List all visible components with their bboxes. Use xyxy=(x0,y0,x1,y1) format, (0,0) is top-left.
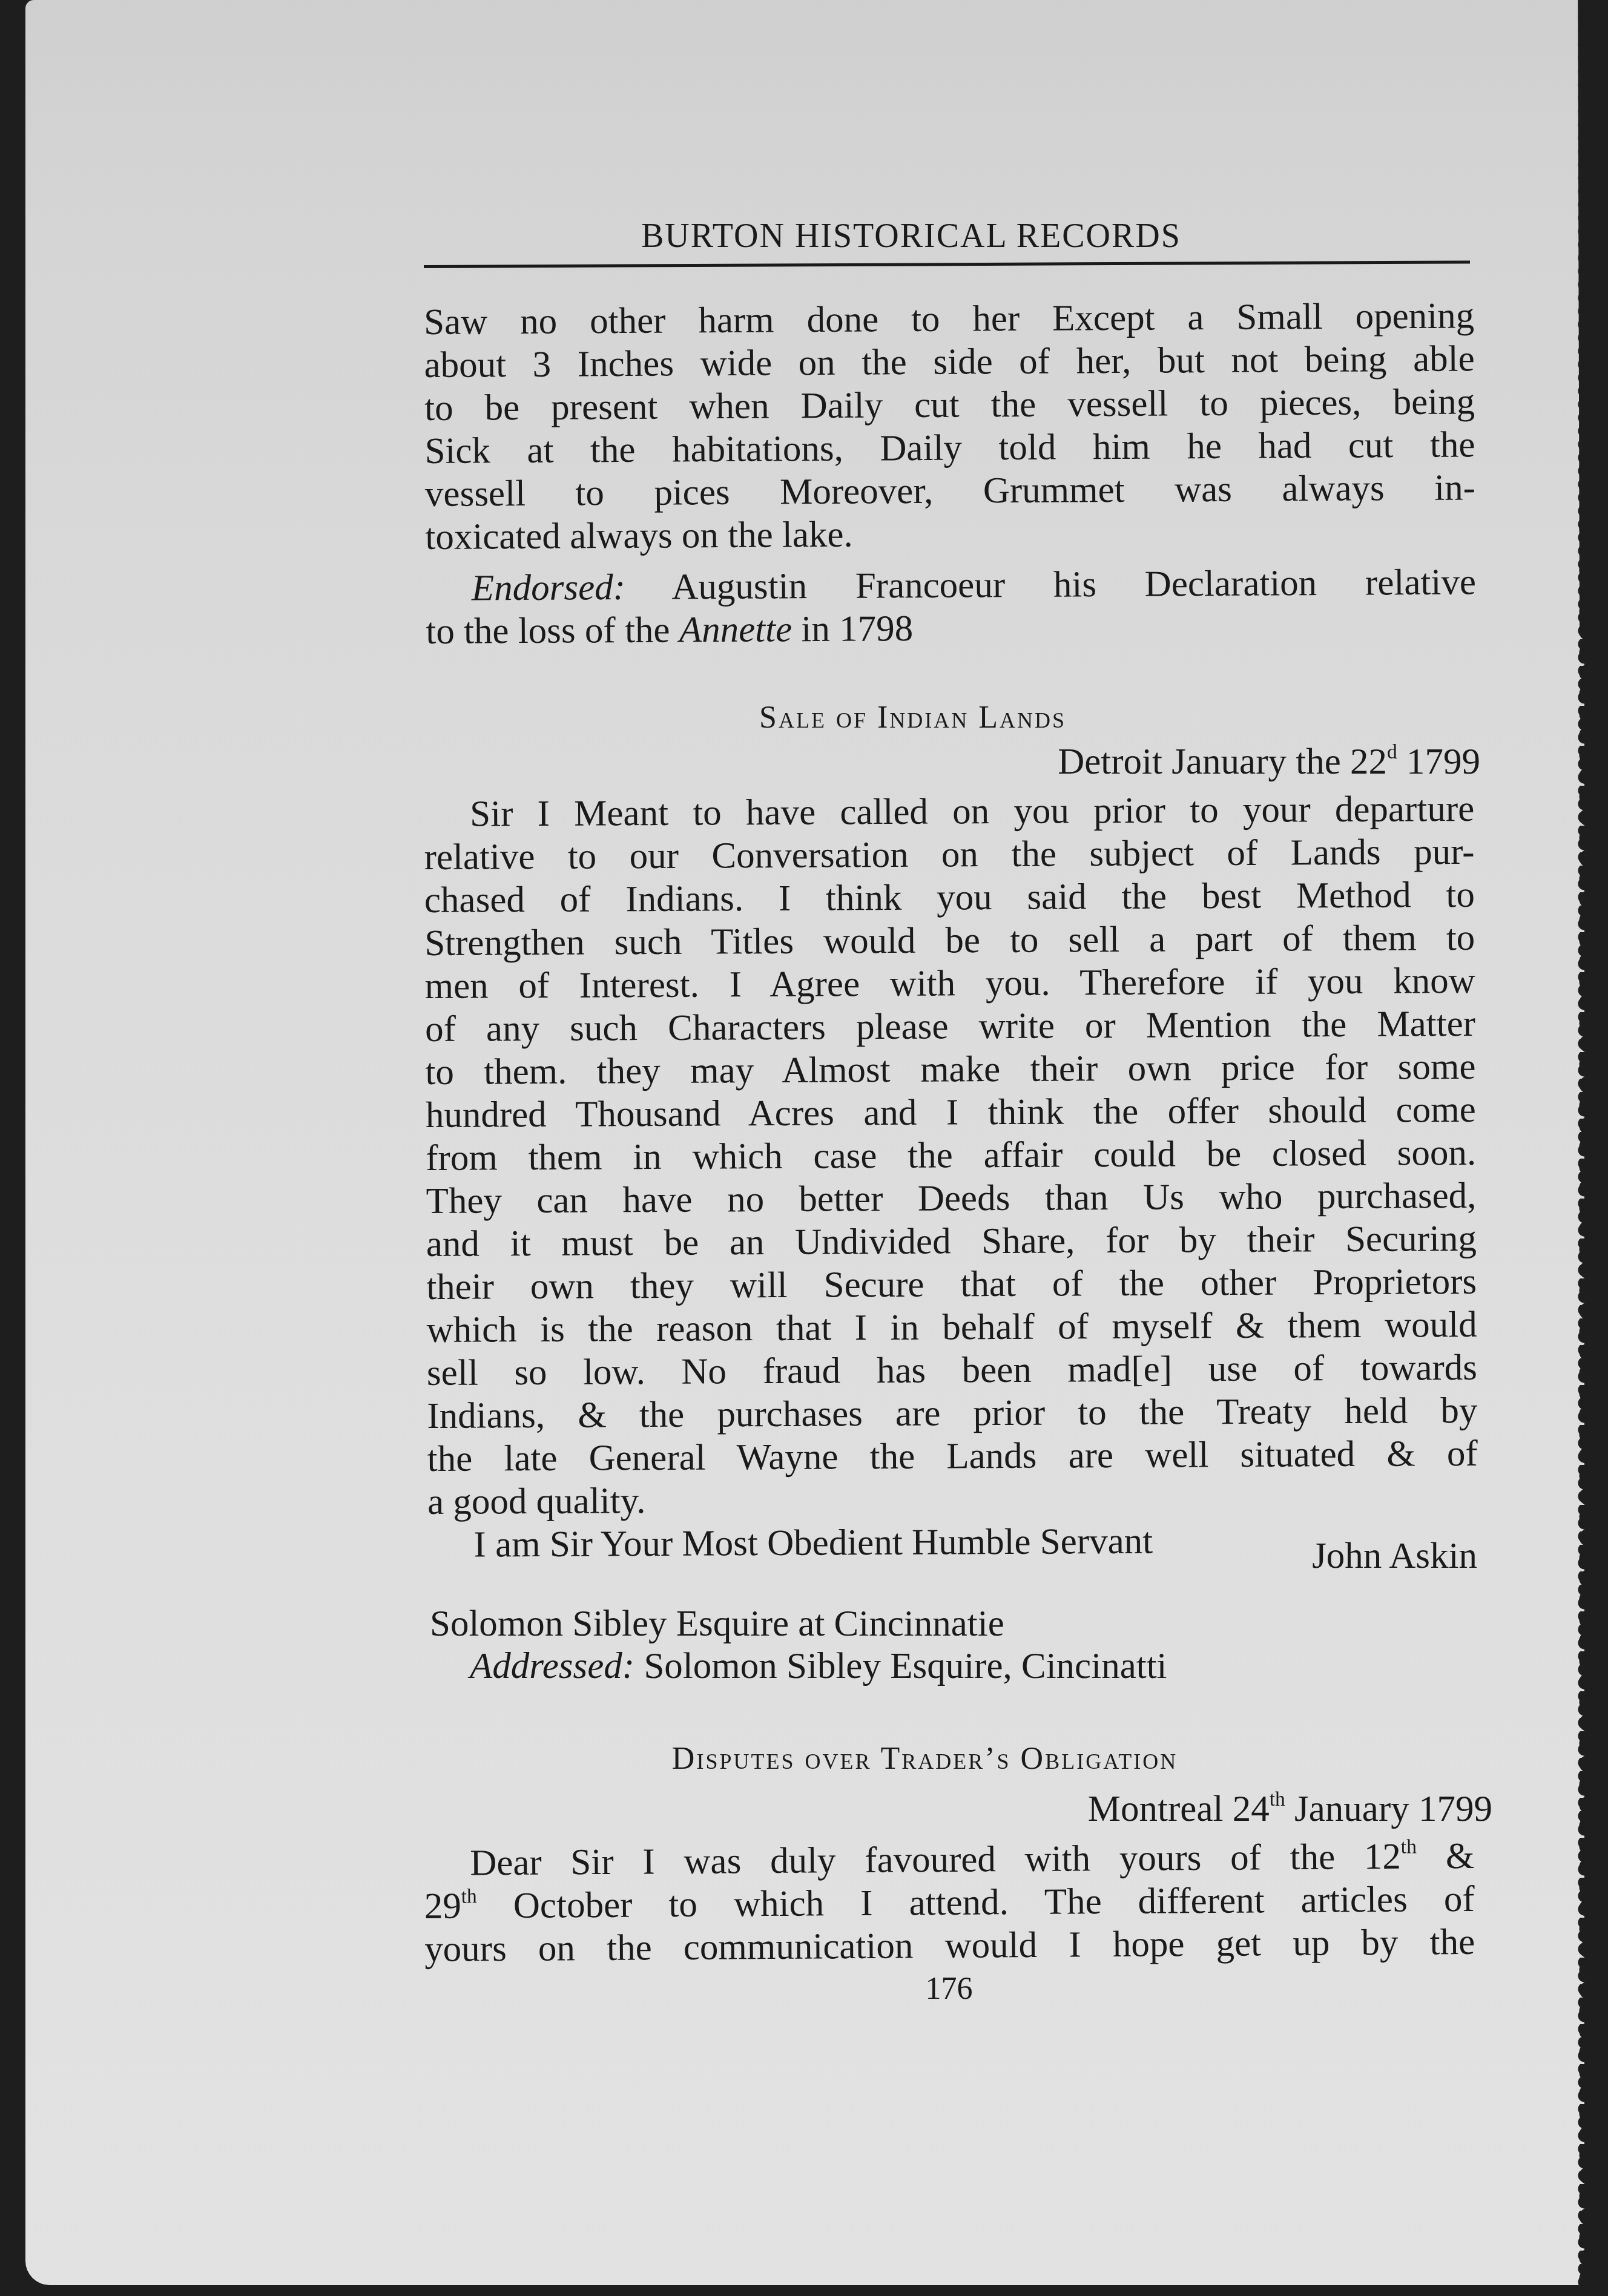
endorsement-line: Endorsed: Augustin Francoeur his Declara… xyxy=(426,561,1476,610)
letter-body: Dear Sir I was duly favoured with yours … xyxy=(424,1835,1475,1971)
ship-name: Annette xyxy=(679,609,792,650)
recipient-line: Solomon Sibley Esquire at Cincinnatie xyxy=(430,1605,1004,1642)
text-line: Sick at the habitations, Daily told him … xyxy=(424,423,1475,473)
letter-body: Sir I Meant to have called on you prior … xyxy=(424,788,1478,1567)
signature: John Askin xyxy=(1312,1538,1477,1574)
text-line: sell so low. No fraud has been mad[e] us… xyxy=(427,1346,1477,1395)
text-line: toxicated always on the lake. xyxy=(425,509,1475,559)
text-line: which is the reason that I in behalf of … xyxy=(426,1303,1477,1352)
running-head: BURTON HISTORICAL RECORDS xyxy=(424,219,1507,253)
text-line: relative to our Conversation on the subj… xyxy=(424,831,1474,879)
text-line: men of Interest. I Agree with you. There… xyxy=(424,959,1475,1008)
deckled-page-edge xyxy=(1563,0,1584,2285)
text-line: the late General Wayne the Lands are wel… xyxy=(427,1432,1478,1481)
header-rule xyxy=(424,260,1470,268)
text-line: yours on the communication would I hope … xyxy=(424,1921,1475,1971)
text-line: 29th October to which I attend. The diff… xyxy=(424,1878,1474,1928)
text-line: Dear Sir I was duly favoured with yours … xyxy=(424,1835,1474,1885)
text-line: about 3 Inches wide on the side of her, … xyxy=(424,337,1474,387)
text-line: Strengthen such Titles would be to sell … xyxy=(424,916,1475,965)
text-line: from them in which case the affair could… xyxy=(426,1131,1476,1180)
text-line: and it must be an Undivided Share, for b… xyxy=(426,1217,1477,1266)
continuation-text: Saw no other harm done to her Except a S… xyxy=(424,294,1477,653)
dateline: Montreal 24th January 1799 xyxy=(1088,1791,1492,1827)
address-text: Solomon Sibley Esquire, Cincinatti xyxy=(644,1646,1167,1686)
text-line: chased of Indians. I think you said the … xyxy=(424,873,1475,922)
text-line: Indians, & the purchases are prior to th… xyxy=(427,1389,1477,1438)
section-heading: Disputes over Trader’s Obligation xyxy=(400,1743,1450,1775)
text-line: of any such Characters please write or M… xyxy=(425,1002,1475,1051)
endorsement-line-2: to the loss of the Annette in 1798 xyxy=(426,604,1476,653)
text-line: a good quality. xyxy=(427,1475,1478,1524)
dateline: Detroit January the 22d 1799 xyxy=(1058,743,1480,780)
endorsement-label: Endorsed: xyxy=(472,567,626,609)
text-line: their own they will Secure that of the o… xyxy=(426,1260,1477,1309)
text-line: They can have no better Deeds than Us wh… xyxy=(426,1174,1476,1223)
text-line: to be present when Daily cut the vessell… xyxy=(424,380,1475,430)
text-line: to them. they may Almost make their own … xyxy=(425,1045,1475,1094)
address-label: Addressed: xyxy=(470,1646,634,1686)
endorsement-text: Augustin Francoeur his Declaration relat… xyxy=(671,562,1476,607)
section-heading: Sale of Indian Lands xyxy=(387,702,1438,734)
scanned-book-page: BURTON HISTORICAL RECORDS Saw no other h… xyxy=(25,0,1584,2285)
text-line: hundred Thousand Acres and I think the o… xyxy=(426,1088,1476,1137)
address-line: Addressed: Solomon Sibley Esquire, Cinci… xyxy=(470,1648,1167,1685)
text-line: Sir I Meant to have called on you prior … xyxy=(424,788,1474,836)
page-number: 176 xyxy=(424,1973,1474,2005)
text-line: vessell to pices Moreover, Grummet was a… xyxy=(425,466,1475,516)
text-line: Saw no other harm done to her Except a S… xyxy=(424,294,1474,344)
